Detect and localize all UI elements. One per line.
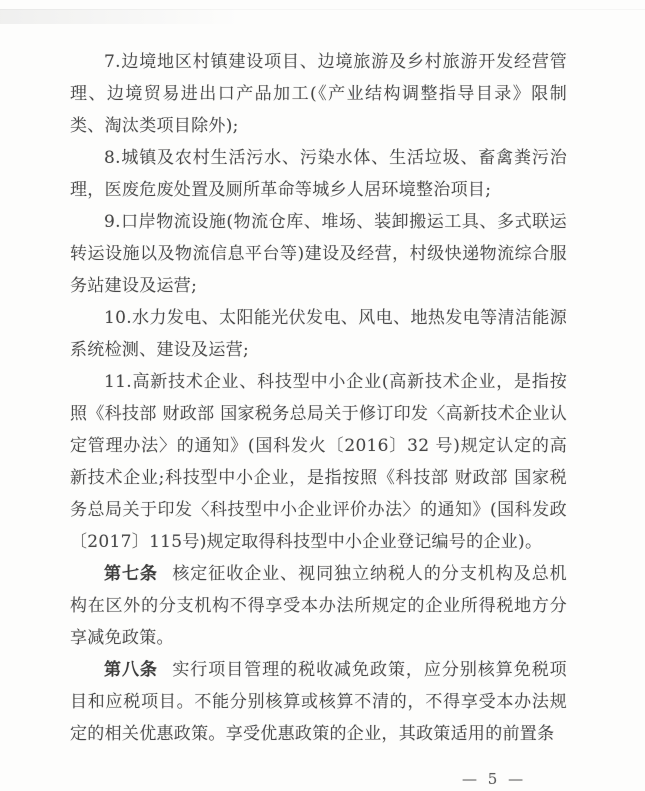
scanned-document-page: 7.边境地区村镇建设项目、边境旅游及乡村旅游开发经营管理、边境贸易进出口产品加工…: [0, 0, 645, 791]
article-lead: 第八条: [104, 660, 158, 680]
paragraph: 8.城镇及农村生活污水、污染水体、生活垃圾、畜禽粪污治理，医废危废处置及厕所革命…: [70, 142, 567, 206]
paragraph: 第七条核定征收企业、视同独立纳税人的分支机构及总机构在区外的分支机构不得享受本办…: [70, 558, 567, 654]
paragraph-text: 8.城镇及农村生活污水、污染水体、生活垃圾、畜禽粪污治理，医废危废处置及厕所革命…: [70, 148, 567, 200]
paragraph-text: 9.口岸物流设施(物流仓库、堆场、装卸搬运工具、多式联运转运设施以及物流信息平台…: [70, 212, 567, 296]
paragraph: 9.口岸物流设施(物流仓库、堆场、装卸搬运工具、多式联运转运设施以及物流信息平台…: [70, 206, 567, 302]
paragraph: 7.边境地区村镇建设项目、边境旅游及乡村旅游开发经营管理、边境贸易进出口产品加工…: [70, 46, 567, 142]
paragraph-text: 10.水力发电、太阳能光伏发电、风电、地热发电等清洁能源系统检测、建设及运营;: [70, 308, 567, 360]
paragraph: 10.水力发电、太阳能光伏发电、风电、地热发电等清洁能源系统检测、建设及运营;: [70, 302, 567, 366]
scan-artifact-shading: [0, 9, 240, 24]
paragraph: 第八条实行项目管理的税收减免政策，应分别核算免税项目和应税项目。不能分别核算或核…: [70, 654, 567, 750]
paragraph-text: 11.高新技术企业、科技型中小企业(高新技术企业，是指按照《科技部 财政部 国家…: [70, 372, 567, 552]
document-body: 7.边境地区村镇建设项目、边境旅游及乡村旅游开发经营管理、边境贸易进出口产品加工…: [70, 46, 567, 750]
paragraph-text: 7.边境地区村镇建设项目、边境旅游及乡村旅游开发经营管理、边境贸易进出口产品加工…: [70, 52, 567, 136]
paragraph: 11.高新技术企业、科技型中小企业(高新技术企业，是指按照《科技部 财政部 国家…: [70, 366, 567, 558]
scan-artifact-line: [0, 9, 645, 10]
article-lead: 第七条: [104, 564, 158, 584]
page-number: — 5 —: [462, 770, 582, 788]
